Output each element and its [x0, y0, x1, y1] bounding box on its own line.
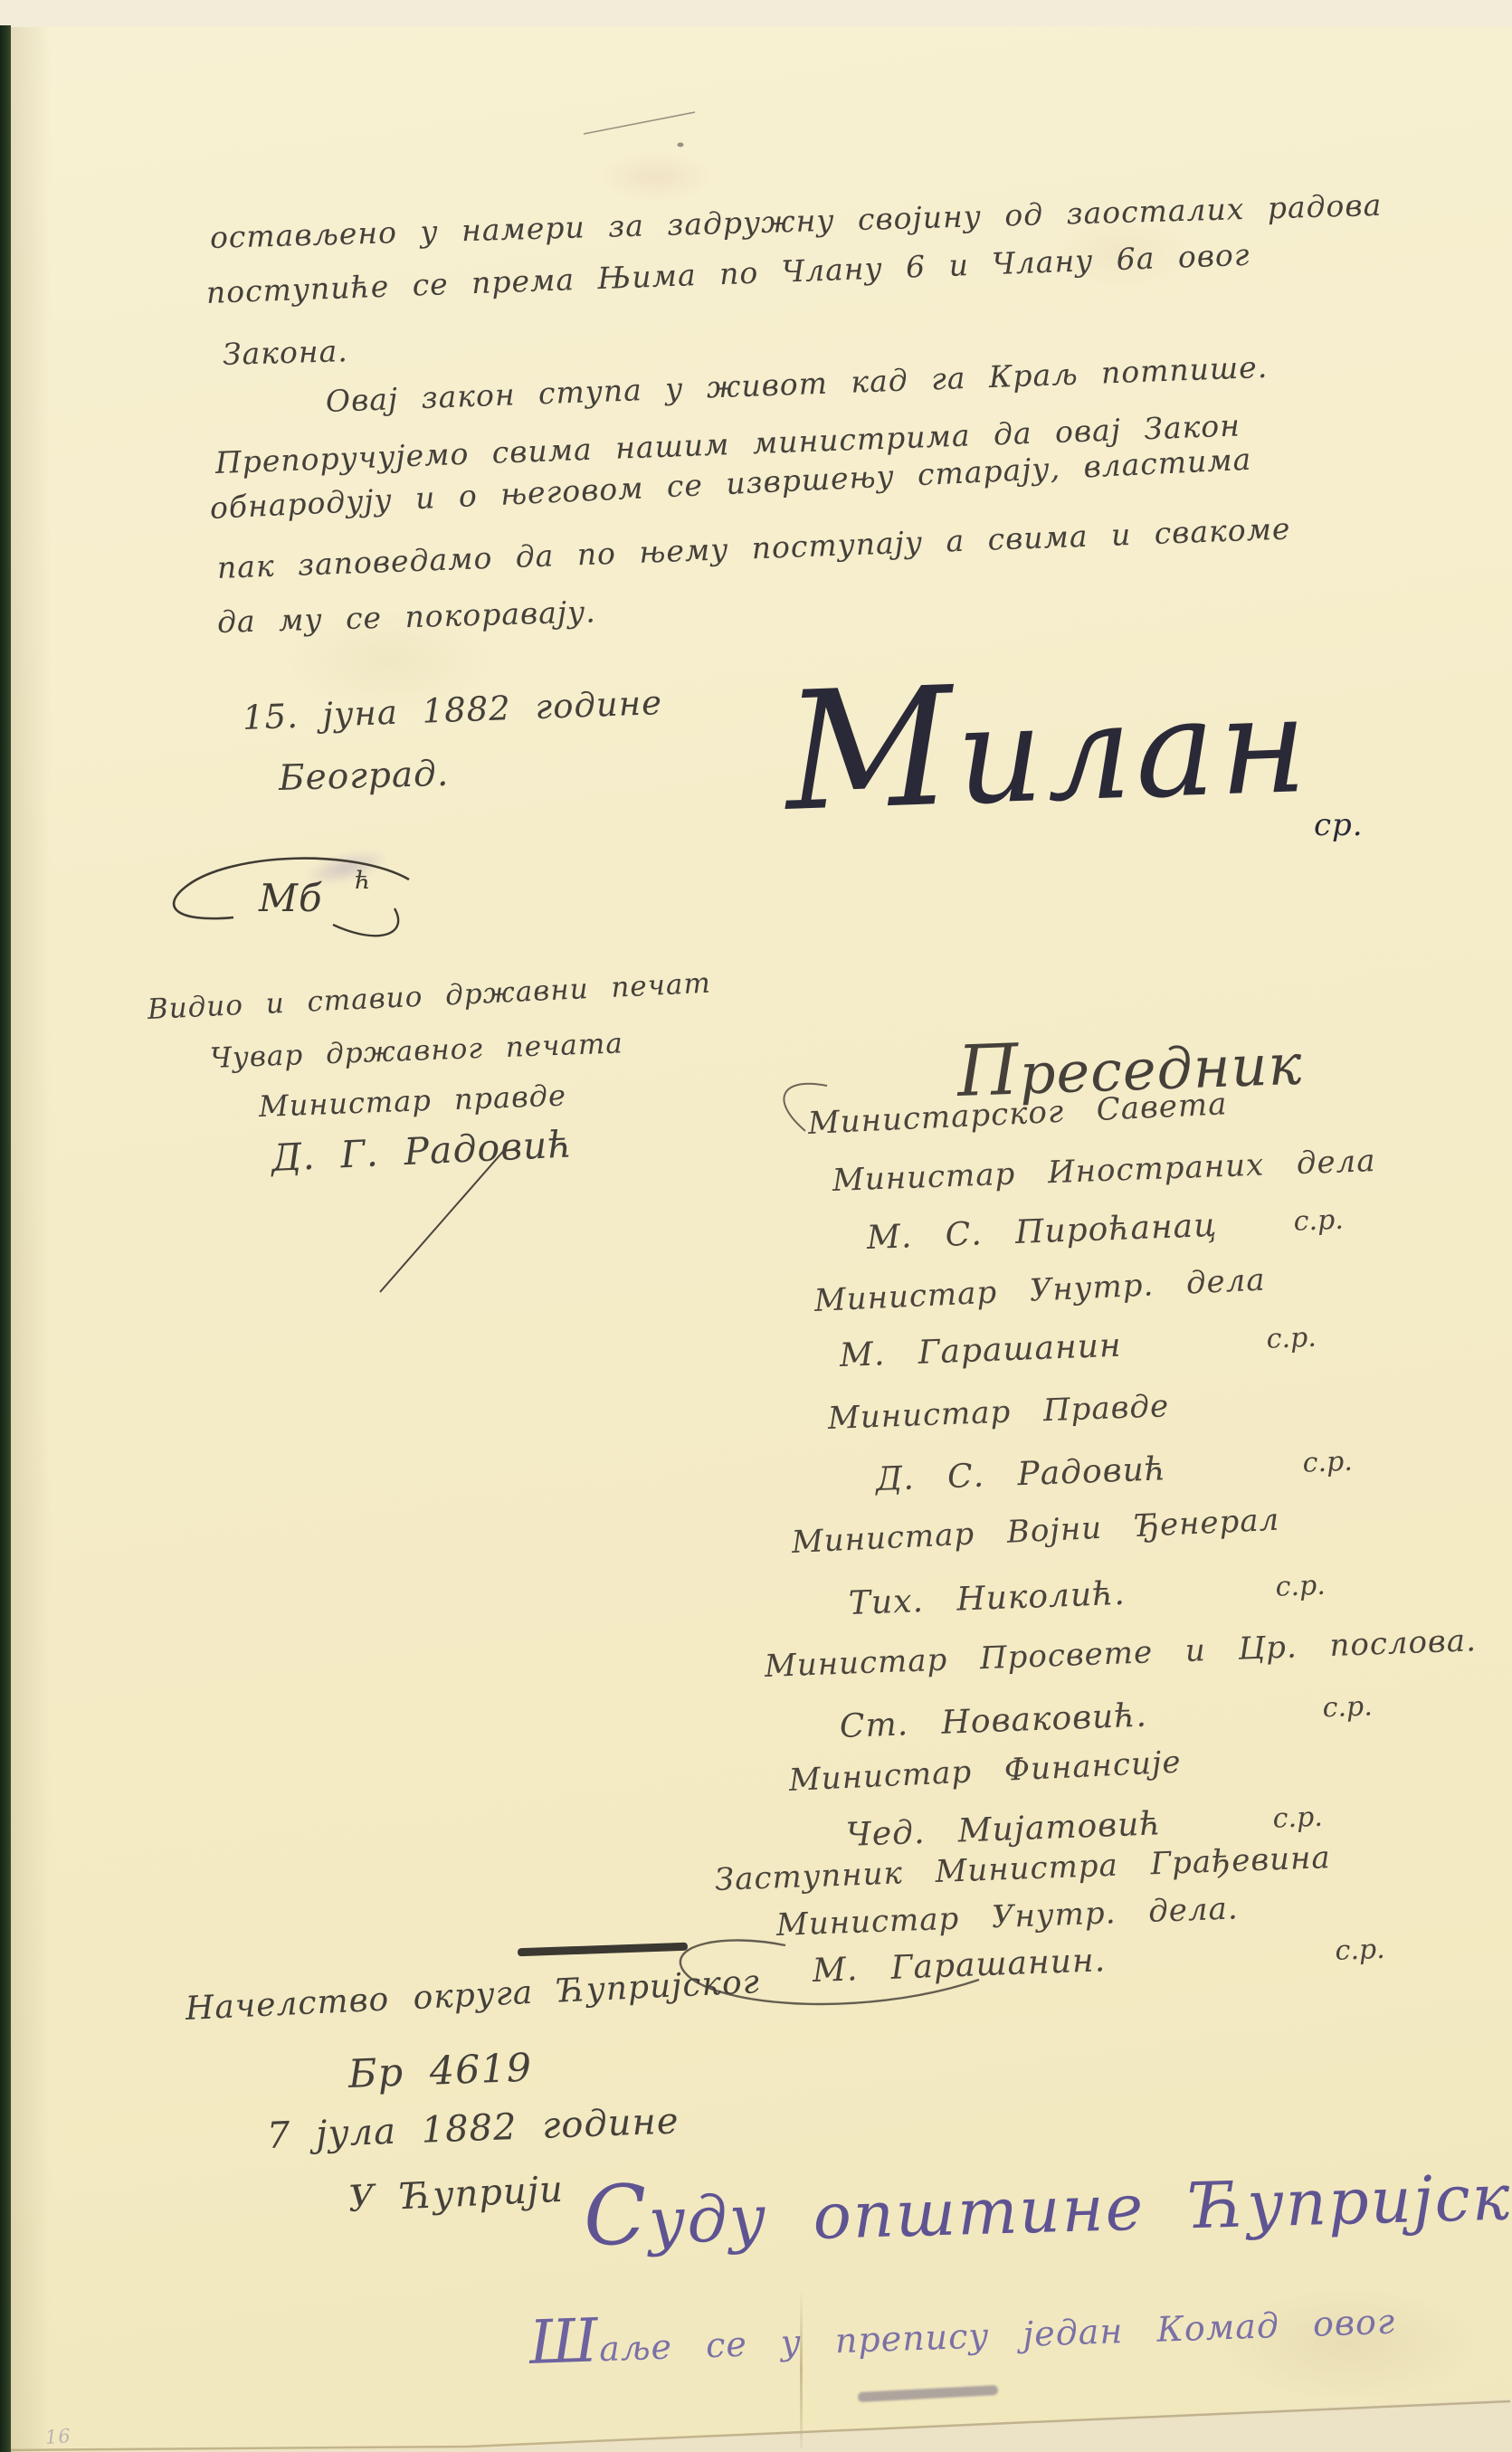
manuscript-scan: остављено у намери за задружну својину о… — [0, 0, 1512, 2452]
binding-edge — [0, 25, 11, 2452]
law-closing-line: Закона. — [222, 333, 348, 372]
scan-backdrop — [0, 0, 1512, 31]
registry-number-line: Бр 4619 — [347, 2046, 533, 2097]
place-line: Београд. — [278, 754, 449, 799]
signed-mark: с.р. — [1293, 1204, 1344, 1238]
royal-signature: Милан — [783, 653, 1313, 835]
corner-mark: 16 — [44, 2425, 71, 2448]
signed-mark: с.р. — [1335, 1934, 1385, 1967]
signed-mark: с.р. — [1322, 1690, 1373, 1724]
signed-mark: с.р. — [1266, 1322, 1317, 1355]
signed-mark: с.р. — [1272, 1801, 1323, 1835]
signed-mark: с.р. — [1275, 1570, 1326, 1603]
royal-signature-suffix: ср. — [1314, 807, 1364, 843]
signed-mark: с.р. — [1302, 1446, 1353, 1479]
royal-paraph-letters: Мб — [259, 876, 323, 920]
royal-paraph-tick: ћ — [355, 867, 371, 895]
